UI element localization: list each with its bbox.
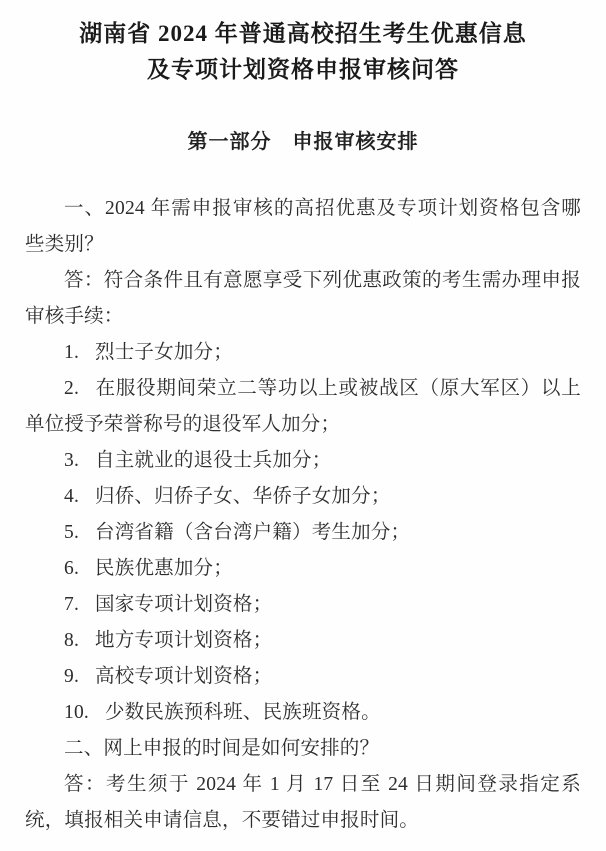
list-item-4-number: 4. [64,486,79,507]
list-item-9: 9.高校专项计划资格； [25,659,581,695]
list-item-1-number: 1. [64,342,79,363]
list-item-8-number: 8. [64,630,79,651]
document-title-line-2: 及专项计划资格申报审核问答 [25,52,581,88]
list-item-9-number: 9. [64,666,79,687]
list-item-6-text: 民族优惠加分； [95,558,233,579]
list-item-3-text: 自主就业的退役士兵加分； [95,450,331,471]
list-item-7-number: 7. [64,594,79,615]
list-item-10-number: 10. [64,702,89,723]
part-one-heading: 第一部分 申报审核安排 [25,128,581,156]
answer-1-intro: 答：符合条件且有意愿享受下列优惠政策的考生需办理申报审核手续： [25,263,581,335]
list-item-1: 1.烈士子女加分； [25,335,581,371]
list-item-9-text: 高校专项计划资格； [95,666,272,687]
list-item-5: 5.台湾省籍（含台湾户籍）考生加分； [25,515,581,551]
list-item-4-text: 归侨、归侨子女、华侨子女加分； [95,486,391,507]
list-item-3-number: 3. [64,450,79,471]
list-item-7-text: 国家专项计划资格； [95,594,272,615]
document-title: 湖南省 2024 年普通高校招生考生优惠信息 及专项计划资格申报审核问答 [25,16,581,88]
list-item-8-text: 地方专项计划资格； [95,630,272,651]
list-item-2-number: 2. [64,378,79,399]
list-item-2: 2.在服役期间荣立二等功以上或被战区（原大军区）以上单位授予荣誉称号的退役军人加… [25,371,581,443]
list-item-6-number: 6. [64,558,79,579]
list-item-2-text: 在服役期间荣立二等功以上或被战区（原大军区）以上单位授予荣誉称号的退役军人加分； [25,378,581,435]
list-item-1-text: 烈士子女加分； [95,342,233,363]
document-page: 湖南省 2024 年普通高校招生考生优惠信息 及专项计划资格申报审核问答 第一部… [0,0,606,851]
list-item-4: 4.归侨、归侨子女、华侨子女加分； [25,479,581,515]
list-item-6: 6.民族优惠加分； [25,551,581,587]
answer-2: 答：考生须于 2024 年 1 月 17 日至 24 日期间登录指定系统，填报相… [25,767,581,839]
list-item-8: 8.地方专项计划资格； [25,623,581,659]
list-item-5-number: 5. [64,522,79,543]
document-body: 一、2024 年需申报审核的高招优惠及专项计划资格包含哪些类别？ 答：符合条件且… [25,191,581,839]
list-item-5-text: 台湾省籍（含台湾户籍）考生加分； [95,522,410,543]
list-item-7: 7.国家专项计划资格； [25,587,581,623]
list-item-10-text: 少数民族预科班、民族班资格。 [105,702,381,723]
document-title-line-1: 湖南省 2024 年普通高校招生考生优惠信息 [25,16,581,52]
question-1: 一、2024 年需申报审核的高招优惠及专项计划资格包含哪些类别？ [25,191,581,263]
list-item-10: 10.少数民族预科班、民族班资格。 [25,695,581,731]
question-2: 二、网上申报的时间是如何安排的？ [25,731,581,767]
list-item-3: 3.自主就业的退役士兵加分； [25,443,581,479]
